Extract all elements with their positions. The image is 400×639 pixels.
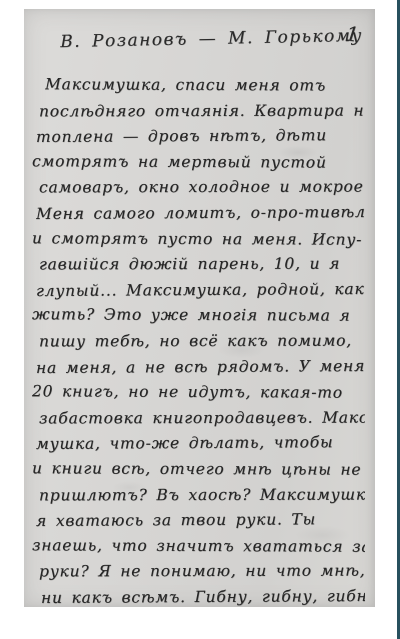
scan-page: В. Розановъ — М. Горькому 1 Максимушка, …	[24, 9, 375, 607]
manuscript-line: на меня, а не всѣ рядомъ. У меня-же	[36, 354, 365, 382]
manuscript-line: смотрятъ на мертвый пустой	[32, 149, 365, 176]
manuscript-line: пишу тебѣ, но всё какъ помимо,	[39, 329, 365, 355]
manuscript-header: В. Розановъ — М. Горькому 1	[58, 26, 365, 52]
manuscript-line: знаешь, что значитъ хвататься за	[32, 533, 365, 560]
manuscript-line: мушка, что-же дѣлать, чтобы	[36, 430, 365, 458]
manuscript-body: Максимушка, спаси меня отъпослѣдняго отч…	[31, 73, 365, 610]
scanned-letter-screenshot: В. Розановъ — М. Горькому 1 Максимушка, …	[0, 0, 400, 639]
manuscript-line: забастовка книгопродавцевъ. Макси-	[39, 405, 365, 431]
manuscript-line: самоваръ, окно холодное и мокрое.	[39, 175, 365, 201]
manuscript-title-inscription: В. Розановъ — М. Горькому	[60, 26, 363, 52]
manuscript-line: гавшійся дюжій парень, 10, и я	[39, 252, 365, 278]
manuscript-line: 20 книгъ, но не идутъ, какая-то	[32, 379, 365, 406]
manuscript-line: ни какъ всѣмъ. Гибну, гибну, гибну...	[41, 584, 365, 612]
manuscript-line: послѣдняго отчаянія. Квартира не	[39, 98, 365, 124]
manuscript-line: и книги всѣ, отчего мнѣ цѣны не	[32, 456, 365, 483]
manuscript-line: Максимушка, спаси меня отъ	[45, 72, 365, 99]
manuscript-line: руки? Я не понимаю, ни что мнѣ,	[39, 559, 365, 585]
manuscript-line: я хватаюсь за твои руки. Ты	[36, 507, 365, 535]
manuscript-line: пришлютъ? Въ хаосѣ? Максимушка,	[39, 482, 365, 508]
manuscript-line: и смотрятъ пусто на меня. Испу-	[32, 226, 365, 253]
manuscript-line: Меня самого ломитъ, о-про-тивѣло	[36, 200, 365, 228]
manuscript-line: топлена — дровъ нѣтъ, дѣти	[36, 123, 365, 151]
manuscript-line: жить? Это уже многія письма я	[32, 303, 365, 330]
manuscript-line: глупый... Максимушка, родной, какъ	[36, 277, 365, 305]
